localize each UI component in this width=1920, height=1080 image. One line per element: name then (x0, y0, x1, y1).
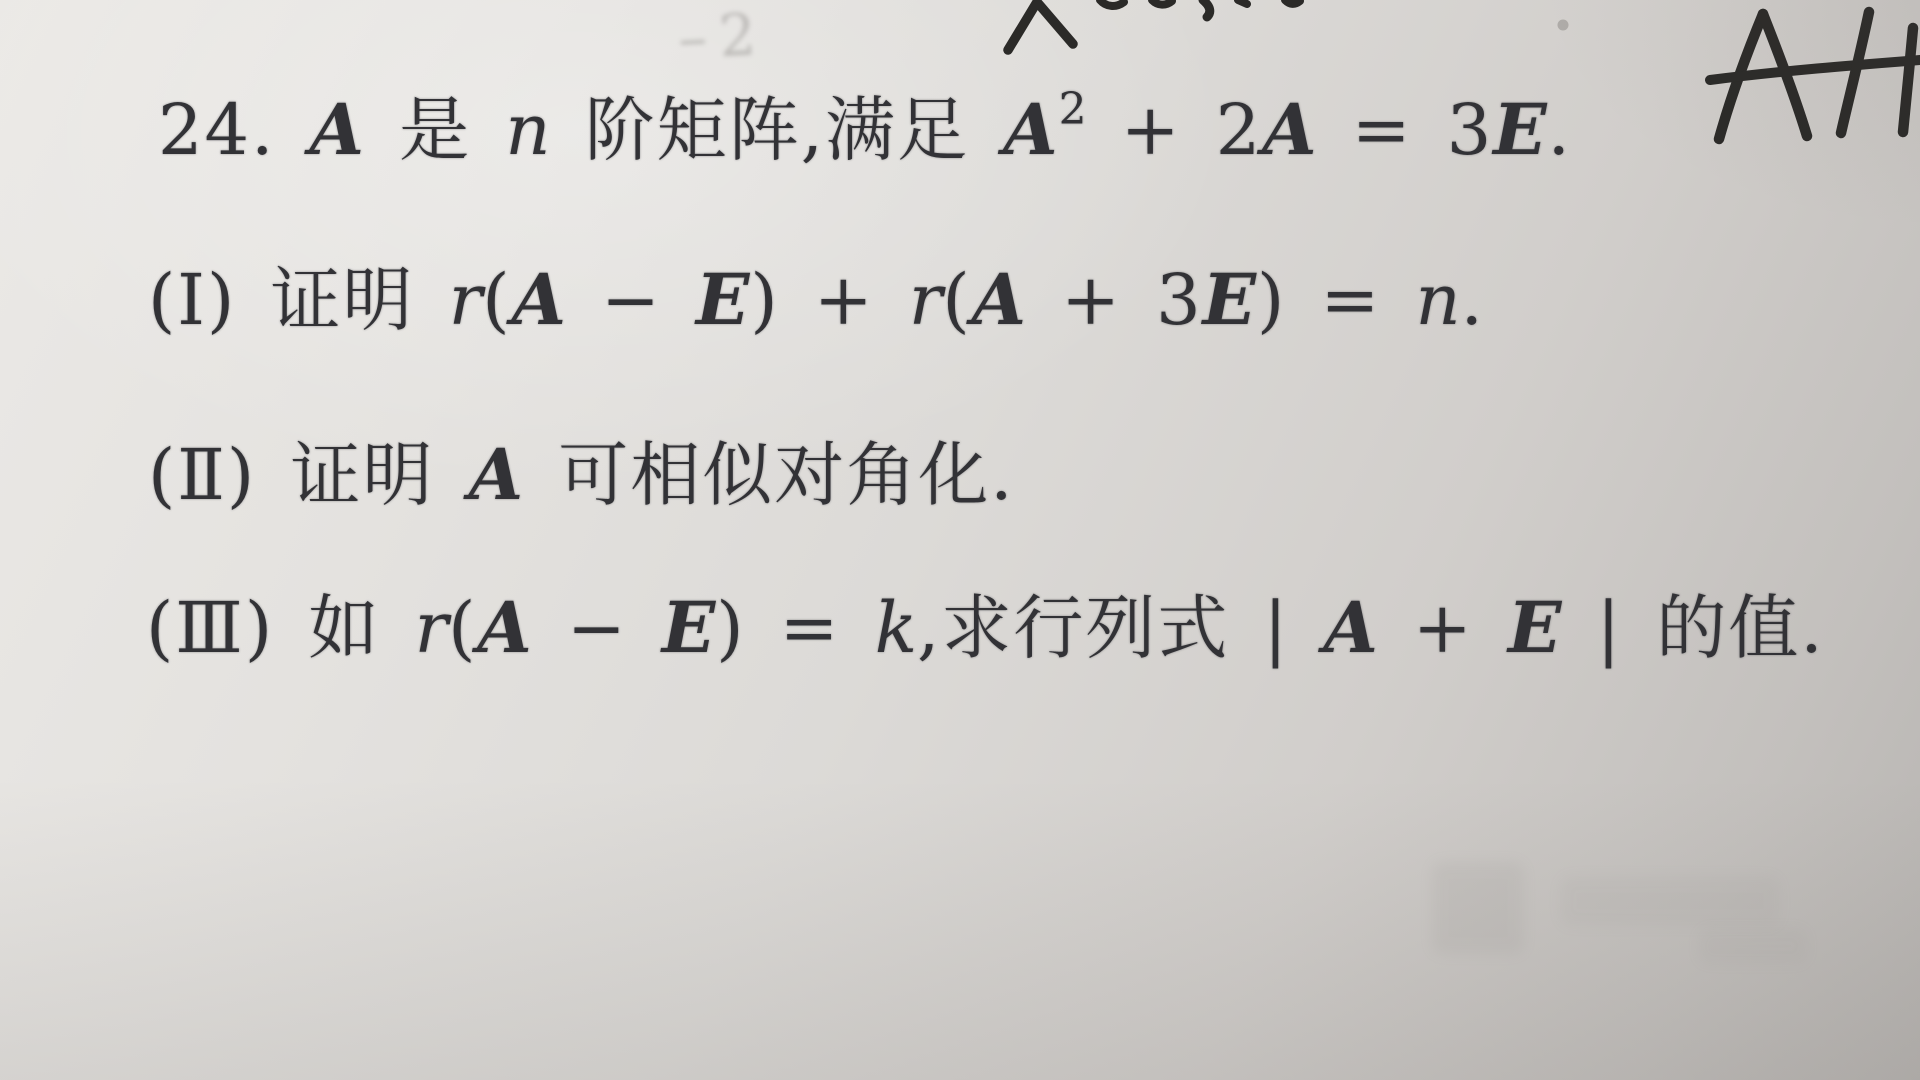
text-segment: + 2 (1087, 89, 1263, 171)
handwritten-cursive-fragment (1100, 0, 1300, 17)
math-symbol: E (1203, 258, 1257, 341)
text-segment: + 3 (1027, 259, 1203, 341)
text-segment: 是 (365, 89, 506, 171)
bleedthrough-smudge (1560, 876, 1780, 926)
bleedthrough-smudge (1432, 862, 1524, 954)
text-segment: . (1461, 259, 1485, 341)
text-segment: ( (448, 587, 477, 669)
math-symbol: E (662, 586, 716, 669)
math-symbol: E (1508, 586, 1562, 669)
math-symbol: A (972, 258, 1027, 341)
text-segment: ,求行列式 | (917, 587, 1323, 669)
handwritten-AH-mark (1710, 12, 1920, 139)
math-symbol: A (1262, 88, 1317, 171)
text-segment: ( (942, 259, 971, 341)
problem-stem-line: 24. A 是 n 阶矩阵,满足 A2 + 2A = 3E. (158, 88, 1572, 172)
math-symbol: A (477, 586, 532, 669)
text-segment: (Ⅱ) 证明 (148, 434, 469, 516)
problem-part-i-line: (Ⅰ) 证明 r(A − E) + r(A + 3E) = n. (148, 258, 1485, 342)
text-segment: = 3 (1318, 89, 1494, 171)
bleedthrough-smudge (1698, 928, 1808, 964)
text-segment: ) = (1257, 259, 1415, 341)
math-symbol: A (512, 258, 567, 341)
text-segment: . (1548, 89, 1572, 171)
text-segment: 可相似对角化. (524, 434, 1015, 516)
math-symbol: A (1323, 586, 1378, 669)
math-symbol: n (1415, 259, 1460, 341)
problem-part-ii-line: (Ⅱ) 证明 A 可相似对角化. (148, 433, 1015, 517)
text-segment: 阶矩阵,满足 (551, 89, 1004, 171)
pen-dot (1558, 20, 1569, 31)
math-symbol: A (469, 433, 524, 516)
math-symbol: k (875, 587, 917, 669)
math-symbol: A (1003, 88, 1058, 171)
photographed-exam-page: –2 24. A 是 n 阶矩阵,满足 A2 + 2A = 3E. (Ⅰ) 证明… (0, 0, 1920, 1080)
math-symbol: r (449, 259, 482, 341)
math-symbol: n (505, 89, 550, 171)
problem-part-iii-line: (Ⅲ) 如 r(A − E) = k,求行列式 | A + E | 的值. (146, 586, 1825, 670)
handwritten-caret-mark (1008, 2, 1073, 50)
text-segment: − (567, 259, 696, 341)
math-symbol: E (696, 258, 750, 341)
text-segment: ) = (716, 587, 874, 669)
math-symbol: A (310, 88, 365, 171)
text-segment: (Ⅲ) 如 (146, 587, 415, 669)
text-segment: | 的值. (1562, 587, 1824, 669)
math-symbol: r (415, 587, 448, 669)
text-segment: + (1379, 587, 1508, 669)
text-segment: 2 (1059, 84, 1087, 135)
math-symbol: r (909, 259, 942, 341)
text-segment: ) + (750, 259, 908, 341)
text-segment: ( (482, 259, 511, 341)
text-segment: (Ⅰ) 证明 (148, 259, 449, 341)
math-symbol: E (1493, 88, 1547, 171)
text-segment: 24. (158, 89, 310, 171)
bleedthrough-minus-2: –2 (676, 0, 769, 72)
text-segment: − (533, 587, 662, 669)
